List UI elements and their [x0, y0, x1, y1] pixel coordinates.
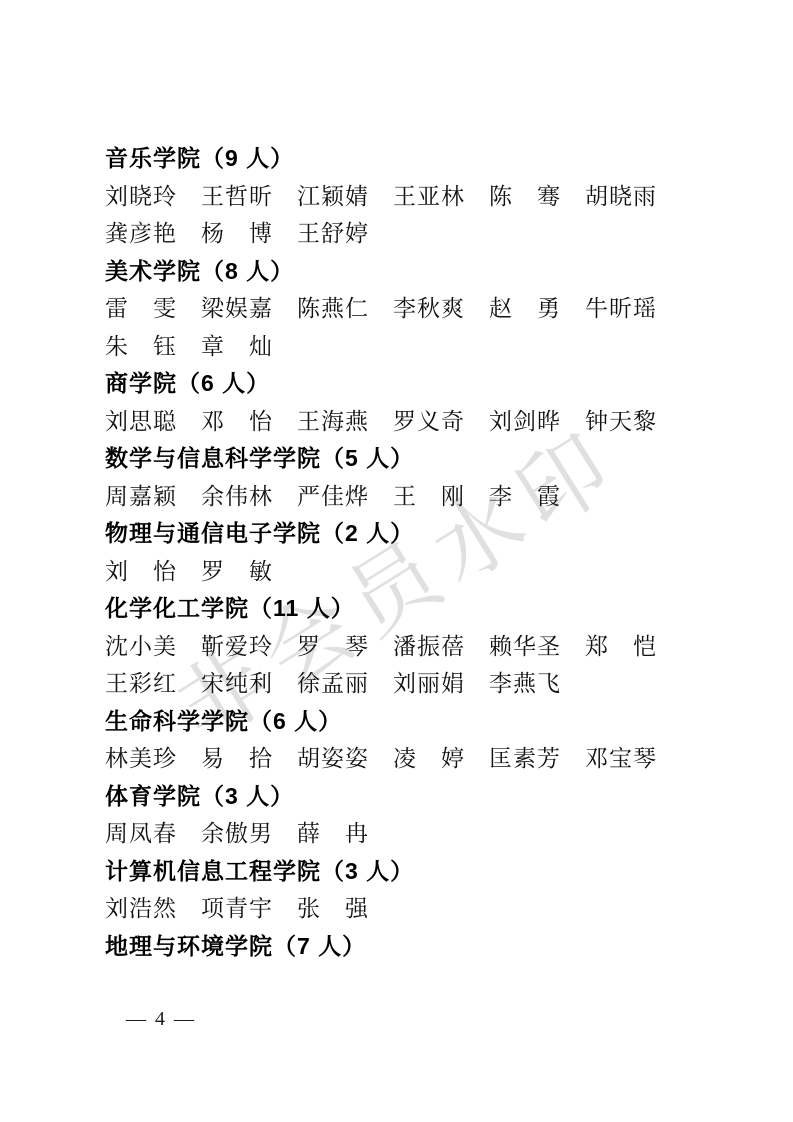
name-row: 龚彦艳 杨 博 王舒婷: [105, 215, 725, 253]
name-row: 林美珍 易 拾 胡姿姿 凌 婷 匡素芳 邓宝琴: [105, 740, 725, 778]
section-title: 物理与通信电子学院（2 人）: [105, 515, 725, 553]
page-footer: — 4 —: [126, 1008, 196, 1031]
section-title: 美术学院（8 人）: [105, 253, 725, 291]
section-title: 化学化工学院（11 人）: [105, 590, 725, 628]
name-row: 朱 钰 章 灿: [105, 328, 725, 366]
section-title: 商学院（6 人）: [105, 365, 725, 403]
page-number: — 4 —: [126, 1008, 196, 1030]
section-title: 数学与信息科学学院（5 人）: [105, 440, 725, 478]
document-body: 音乐学院（9 人）刘晓玲 王哲昕 江颖婧 王亚林 陈 骞 胡晓雨龚彦艳 杨 博 …: [105, 140, 725, 965]
section-title: 体育学院（3 人）: [105, 778, 725, 816]
name-row: 周嘉颖 余伟林 严佳烨 王 刚 李 霞: [105, 478, 725, 516]
name-row: 刘 怡 罗 敏: [105, 553, 725, 591]
name-row: 雷 雯 梁娱嘉 陈燕仁 李秋爽 赵 勇 牛昕瑶: [105, 290, 725, 328]
section-title: 计算机信息工程学院（3 人）: [105, 853, 725, 891]
name-row: 沈小美 靳爱玲 罗 琴 潘振蓓 赖华圣 郑 恺: [105, 628, 725, 666]
name-row: 王彩红 宋纯利 徐孟丽 刘丽娟 李燕飞: [105, 665, 725, 703]
name-row: 刘晓玲 王哲昕 江颖婧 王亚林 陈 骞 胡晓雨: [105, 178, 725, 216]
section-title: 生命科学学院（6 人）: [105, 703, 725, 741]
name-row: 刘浩然 项青宇 张 强: [105, 890, 725, 928]
document-page: 非会员水印 音乐学院（9 人）刘晓玲 王哲昕 江颖婧 王亚林 陈 骞 胡晓雨龚彦…: [0, 0, 793, 1122]
name-row: 周凤春 余傲男 薛 冉: [105, 815, 725, 853]
section-title: 地理与环境学院（7 人）: [105, 928, 725, 966]
section-title: 音乐学院（9 人）: [105, 140, 725, 178]
name-row: 刘思聪 邓 怡 王海燕 罗义奇 刘剑晔 钟天黎: [105, 403, 725, 441]
